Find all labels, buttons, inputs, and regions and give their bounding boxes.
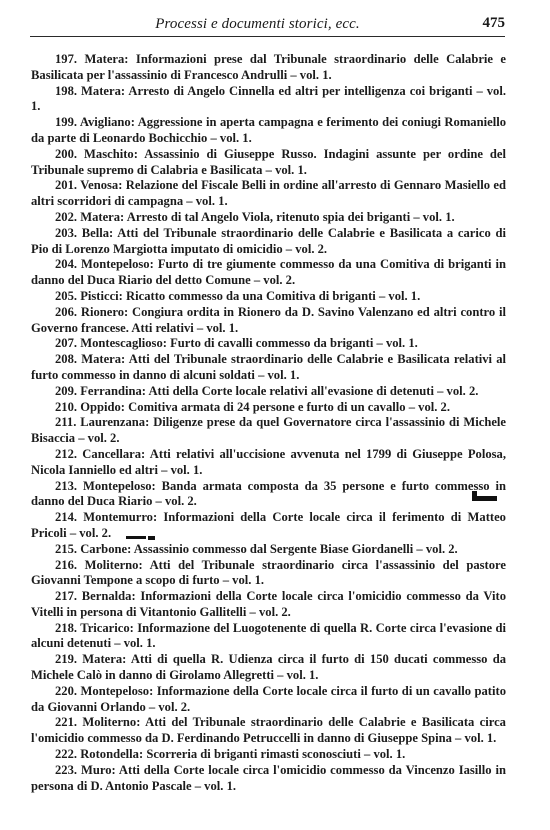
entry-text: Arresto di tal Angelo Viola, ritenuto sp… bbox=[127, 210, 455, 224]
entry-number: 197. bbox=[55, 52, 77, 66]
entry-number: 205. bbox=[55, 289, 77, 303]
entry-place: Montemurro: bbox=[83, 510, 157, 524]
list-item: 197. Matera: Informazioni prese dal Trib… bbox=[31, 52, 506, 84]
entry-number: 199. bbox=[55, 115, 77, 129]
list-item: 206. Rionero: Congiura ordita in Rionero… bbox=[31, 305, 506, 337]
entry-number: 218. bbox=[55, 621, 77, 635]
entry-place: Muro: bbox=[81, 763, 116, 777]
list-item: 217. Bernalda: Informazioni della Corte … bbox=[31, 589, 506, 621]
list-item: 200. Maschito: Assassinio di Giuseppe Ru… bbox=[31, 147, 506, 179]
scan-artifact bbox=[148, 536, 155, 540]
entry-place: Montepeloso: bbox=[83, 479, 156, 493]
scan-artifact bbox=[472, 491, 477, 499]
entry-number: 212. bbox=[55, 447, 77, 461]
list-item: 212. Cancellara: Atti relativi all'uccis… bbox=[31, 447, 506, 479]
list-item: 202. Matera: Arresto di tal Angelo Viola… bbox=[31, 210, 506, 226]
entry-number: 198. bbox=[55, 84, 77, 98]
entry-place: Maschito: bbox=[84, 147, 138, 161]
entry-text: Assassinio commesso dal Sergente Biase G… bbox=[134, 542, 458, 556]
entry-number: 209. bbox=[55, 384, 77, 398]
running-title: Processi e documenti storici, ecc. bbox=[30, 16, 505, 33]
list-item: 216. Moliterno: Atti del Tribunale strao… bbox=[31, 558, 506, 590]
entry-place: Matera: bbox=[82, 652, 126, 666]
entry-text: Ricatto commesso da una Comitiva di brig… bbox=[126, 289, 420, 303]
entry-number: 215. bbox=[55, 542, 77, 556]
entry-number: 213. bbox=[55, 479, 77, 493]
entry-place: Matera: bbox=[84, 52, 128, 66]
entry-place: Ferrandina: bbox=[80, 384, 146, 398]
entry-number: 210. bbox=[55, 400, 77, 414]
list-item: 208. Matera: Atti del Tribunale straordi… bbox=[31, 352, 506, 384]
entry-place: Venosa: bbox=[80, 178, 122, 192]
list-item: 213. Montepeloso: Banda armata composta … bbox=[31, 479, 506, 511]
entry-number: 223. bbox=[55, 763, 77, 777]
entry-place: Bernalda: bbox=[82, 589, 136, 603]
entry-number: 206. bbox=[55, 305, 77, 319]
entry-number: 217. bbox=[55, 589, 77, 603]
entry-place: Oppido: bbox=[80, 400, 125, 414]
document-page: Processi e documenti storici, ecc. 475 1… bbox=[0, 0, 550, 830]
entry-place: Tricarico: bbox=[80, 621, 134, 635]
list-item: 199. Avigliano: Aggressione in aperta ca… bbox=[31, 115, 506, 147]
entry-number: 219. bbox=[55, 652, 77, 666]
list-item: 218. Tricarico: Informazione del Luogote… bbox=[31, 621, 506, 653]
list-item: 211. Laurenzana: Diligenze prese da quel… bbox=[31, 415, 506, 447]
list-item: 205. Pisticci: Ricatto commesso da una C… bbox=[31, 289, 506, 305]
entry-number: 222. bbox=[55, 747, 77, 761]
entry-text: Furto di cavalli commesso da briganti – … bbox=[170, 336, 418, 350]
entry-place: Pisticci: bbox=[80, 289, 123, 303]
entry-number: 203. bbox=[55, 226, 77, 240]
entry-number: 200. bbox=[55, 147, 77, 161]
list-item: 222. Rotondella: Scorreria di briganti r… bbox=[31, 747, 506, 763]
entry-place: Laurenzana: bbox=[80, 415, 149, 429]
entry-number: 204. bbox=[55, 257, 77, 271]
entry-text: Comitiva armata di 24 persone e furto di… bbox=[128, 400, 450, 414]
list-item: 204. Montepeloso: Furto di tre giumente … bbox=[31, 257, 506, 289]
entry-number: 211. bbox=[55, 415, 76, 429]
entry-text: Atti della Corte locale relativi all'eva… bbox=[148, 384, 478, 398]
entry-text: Scorreria di briganti rimasti sconosciut… bbox=[146, 747, 405, 761]
list-item: 221. Moliterno: Atti del Tribunale strao… bbox=[31, 715, 506, 747]
list-item: 215. Carbone: Assassinio commesso dal Se… bbox=[31, 542, 506, 558]
list-item: 201. Venosa: Relazione del Fiscale Belli… bbox=[31, 178, 506, 210]
entry-place: Avigliano: bbox=[80, 115, 135, 129]
list-item: 209. Ferrandina: Atti della Corte locale… bbox=[31, 384, 506, 400]
entry-place: Matera: bbox=[80, 210, 124, 224]
entry-number: 202. bbox=[55, 210, 77, 224]
list-item: 198. Matera: Arresto di Angelo Cinnella … bbox=[31, 84, 506, 116]
entry-place: Matera: bbox=[81, 352, 125, 366]
entry-place: Moliterno: bbox=[85, 558, 143, 572]
entry-place: Matera: bbox=[81, 84, 125, 98]
entry-number: 214. bbox=[55, 510, 77, 524]
entry-place: Bella: bbox=[82, 226, 113, 240]
list-item: 223. Muro: Atti della Corte locale circa… bbox=[31, 763, 506, 795]
entry-place: Moliterno: bbox=[82, 715, 140, 729]
entry-number: 220. bbox=[55, 684, 77, 698]
list-item: 219. Matera: Atti di quella R. Udienza c… bbox=[31, 652, 506, 684]
entry-number: 216. bbox=[55, 558, 77, 572]
entry-list: 197. Matera: Informazioni prese dal Trib… bbox=[31, 52, 506, 794]
running-header: Processi e documenti storici, ecc. 475 bbox=[30, 12, 505, 37]
list-item: 210. Oppido: Comitiva armata di 24 perso… bbox=[31, 400, 506, 416]
page-number: 475 bbox=[483, 15, 506, 32]
entry-place: Montescaglioso: bbox=[80, 336, 167, 350]
list-item: 203. Bella: Atti del Tribunale straordin… bbox=[31, 226, 506, 258]
entry-place: Rotondella: bbox=[80, 747, 143, 761]
entry-place: Montepeloso: bbox=[81, 684, 154, 698]
list-item: 207. Montescaglioso: Furto di cavalli co… bbox=[31, 336, 506, 352]
entry-number: 208. bbox=[55, 352, 77, 366]
entry-number: 221. bbox=[55, 715, 77, 729]
entry-place: Carbone: bbox=[80, 542, 131, 556]
scan-artifact bbox=[126, 536, 146, 539]
entry-place: Cancellara: bbox=[82, 447, 145, 461]
entry-place: Montepeloso: bbox=[81, 257, 154, 271]
entry-place: Rionero: bbox=[81, 305, 128, 319]
list-item: 214. Montemurro: Informazioni della Cort… bbox=[31, 510, 506, 542]
list-item: 220. Montepeloso: Informazione della Cor… bbox=[31, 684, 506, 716]
entry-number: 201. bbox=[55, 178, 77, 192]
entry-number: 207. bbox=[55, 336, 77, 350]
